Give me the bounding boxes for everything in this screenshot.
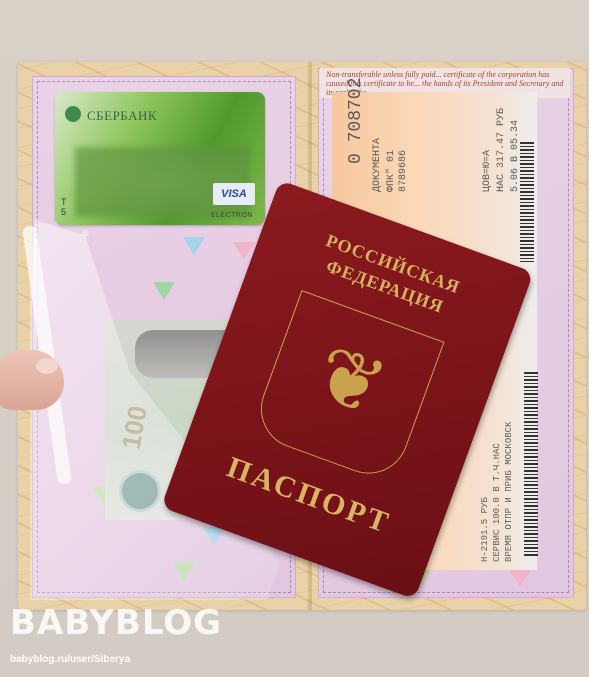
fingernail xyxy=(36,358,58,374)
ticket-number: 0 708702 xyxy=(346,78,366,164)
visa-electron-label: ELECTRON xyxy=(211,212,253,219)
ticket-line: СЕРВИС 100.0 В Т.Ч.НАС xyxy=(492,443,502,562)
barcode-top xyxy=(520,142,534,262)
ticket-line: ВРЕМЯ ОТПР И ПРИБ МОСКОВСК xyxy=(504,422,514,562)
card-number-partial: T 5 xyxy=(61,197,67,217)
finger xyxy=(0,350,64,410)
ticket-line: НАС 317.47 РУБ xyxy=(496,108,507,192)
blurred-card-number xyxy=(75,147,250,217)
ticket-line: 8789686 xyxy=(398,150,409,192)
ticket-line: Н-2191.5 РУБ xyxy=(480,497,490,562)
watermark-url: babyblog.ru/user/Siberya xyxy=(10,654,130,665)
ticket-line: ФПК" 01 xyxy=(386,150,397,192)
ticket-line: ЦОВ=Ю=А xyxy=(482,150,493,192)
visa-logo: VISA xyxy=(213,183,255,205)
bunting-flag xyxy=(183,237,205,255)
bank-card: СБЕРБАНК T 5 VISA ELECTRON xyxy=(55,92,265,225)
barcode-bottom xyxy=(524,372,538,557)
bunting-flag xyxy=(509,569,531,587)
card-brand: СБЕРБАНК xyxy=(87,108,157,124)
sberbank-logo-icon xyxy=(65,106,81,122)
ticket-line: ДОКУМЕНТА xyxy=(372,138,383,192)
bunting-flag xyxy=(153,282,175,300)
babyblog-watermark-logo: BABYBLOG xyxy=(10,603,222,643)
